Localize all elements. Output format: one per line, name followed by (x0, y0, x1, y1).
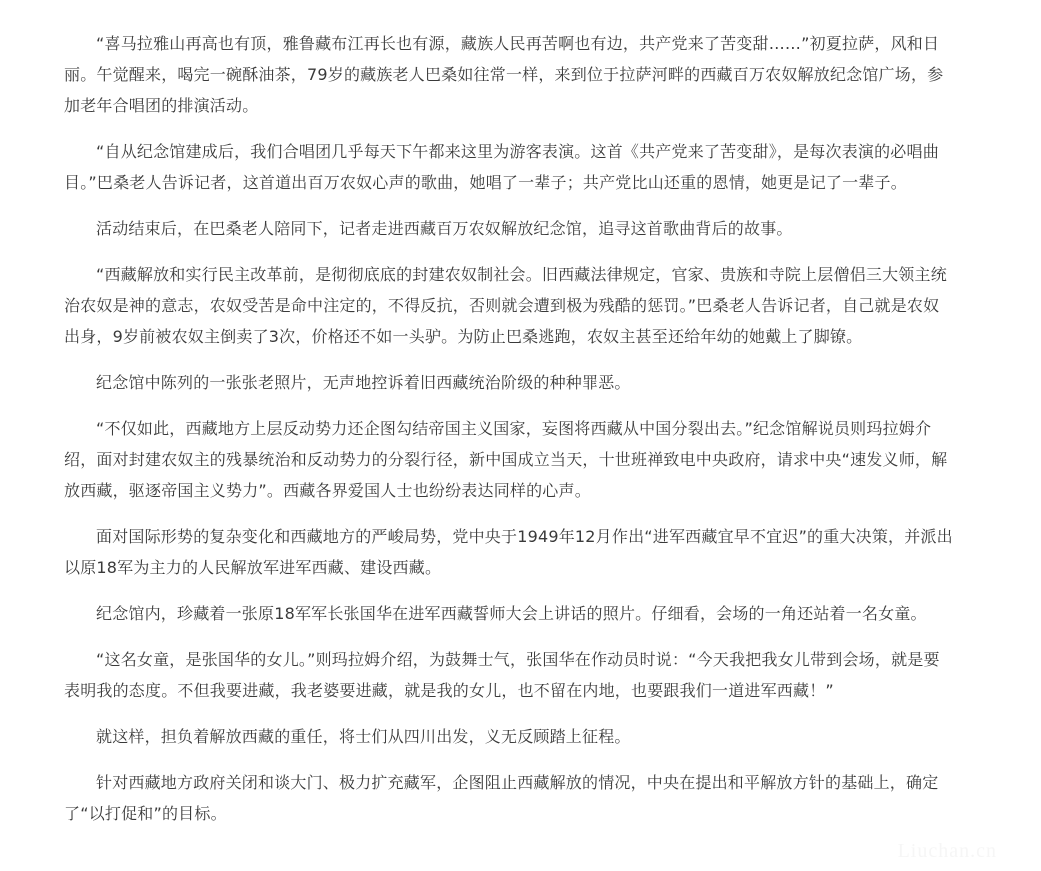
paragraph: 纪念馆中陈列的一张张老照片，无声地控诉着旧西藏统治阶级的种种罪恶。 (64, 367, 954, 398)
paragraph: 活动结束后，在巴桑老人陪同下，记者走进西藏百万农奴解放纪念馆，追寻这首歌曲背后的… (64, 213, 954, 244)
paragraph: “不仅如此，西藏地方上层反动势力还企图勾结帝国主义国家，妄图将西藏从中国分裂出去… (64, 413, 954, 506)
paragraph: 面对国际形势的复杂变化和西藏地方的严峻局势，党中央于1949年12月作出“进军西… (64, 521, 954, 583)
paragraph: 纪念馆内，珍藏着一张原18军军长张国华在进军西藏誓师大会上讲话的照片。仔细看，会… (64, 598, 954, 629)
article-body: “喜马拉雅山再高也有顶，雅鲁藏布江再长也有源，藏族人民再苦啊也有边，共产党来了苦… (64, 28, 954, 844)
watermark: Liuchan.cn (898, 840, 997, 863)
paragraph: “这名女童，是张国华的女儿。”则玛拉姆介绍，为鼓舞士气，张国华在作动员时说：“今… (64, 644, 954, 706)
paragraph: “自从纪念馆建成后，我们合唱团几乎每天下午都来这里为游客表演。这首《共产党来了苦… (64, 136, 954, 198)
paragraph: “西藏解放和实行民主改革前，是彻彻底底的封建农奴制社会。旧西藏法律规定，官家、贵… (64, 259, 954, 352)
paragraph: 就这样，担负着解放西藏的重任，将士们从四川出发，义无反顾踏上征程。 (64, 721, 954, 752)
paragraph: “喜马拉雅山再高也有顶，雅鲁藏布江再长也有源，藏族人民再苦啊也有边，共产党来了苦… (64, 28, 954, 121)
paragraph: 针对西藏地方政府关闭和谈大门、极力扩充藏军，企图阻止西藏解放的情况，中央在提出和… (64, 767, 954, 829)
